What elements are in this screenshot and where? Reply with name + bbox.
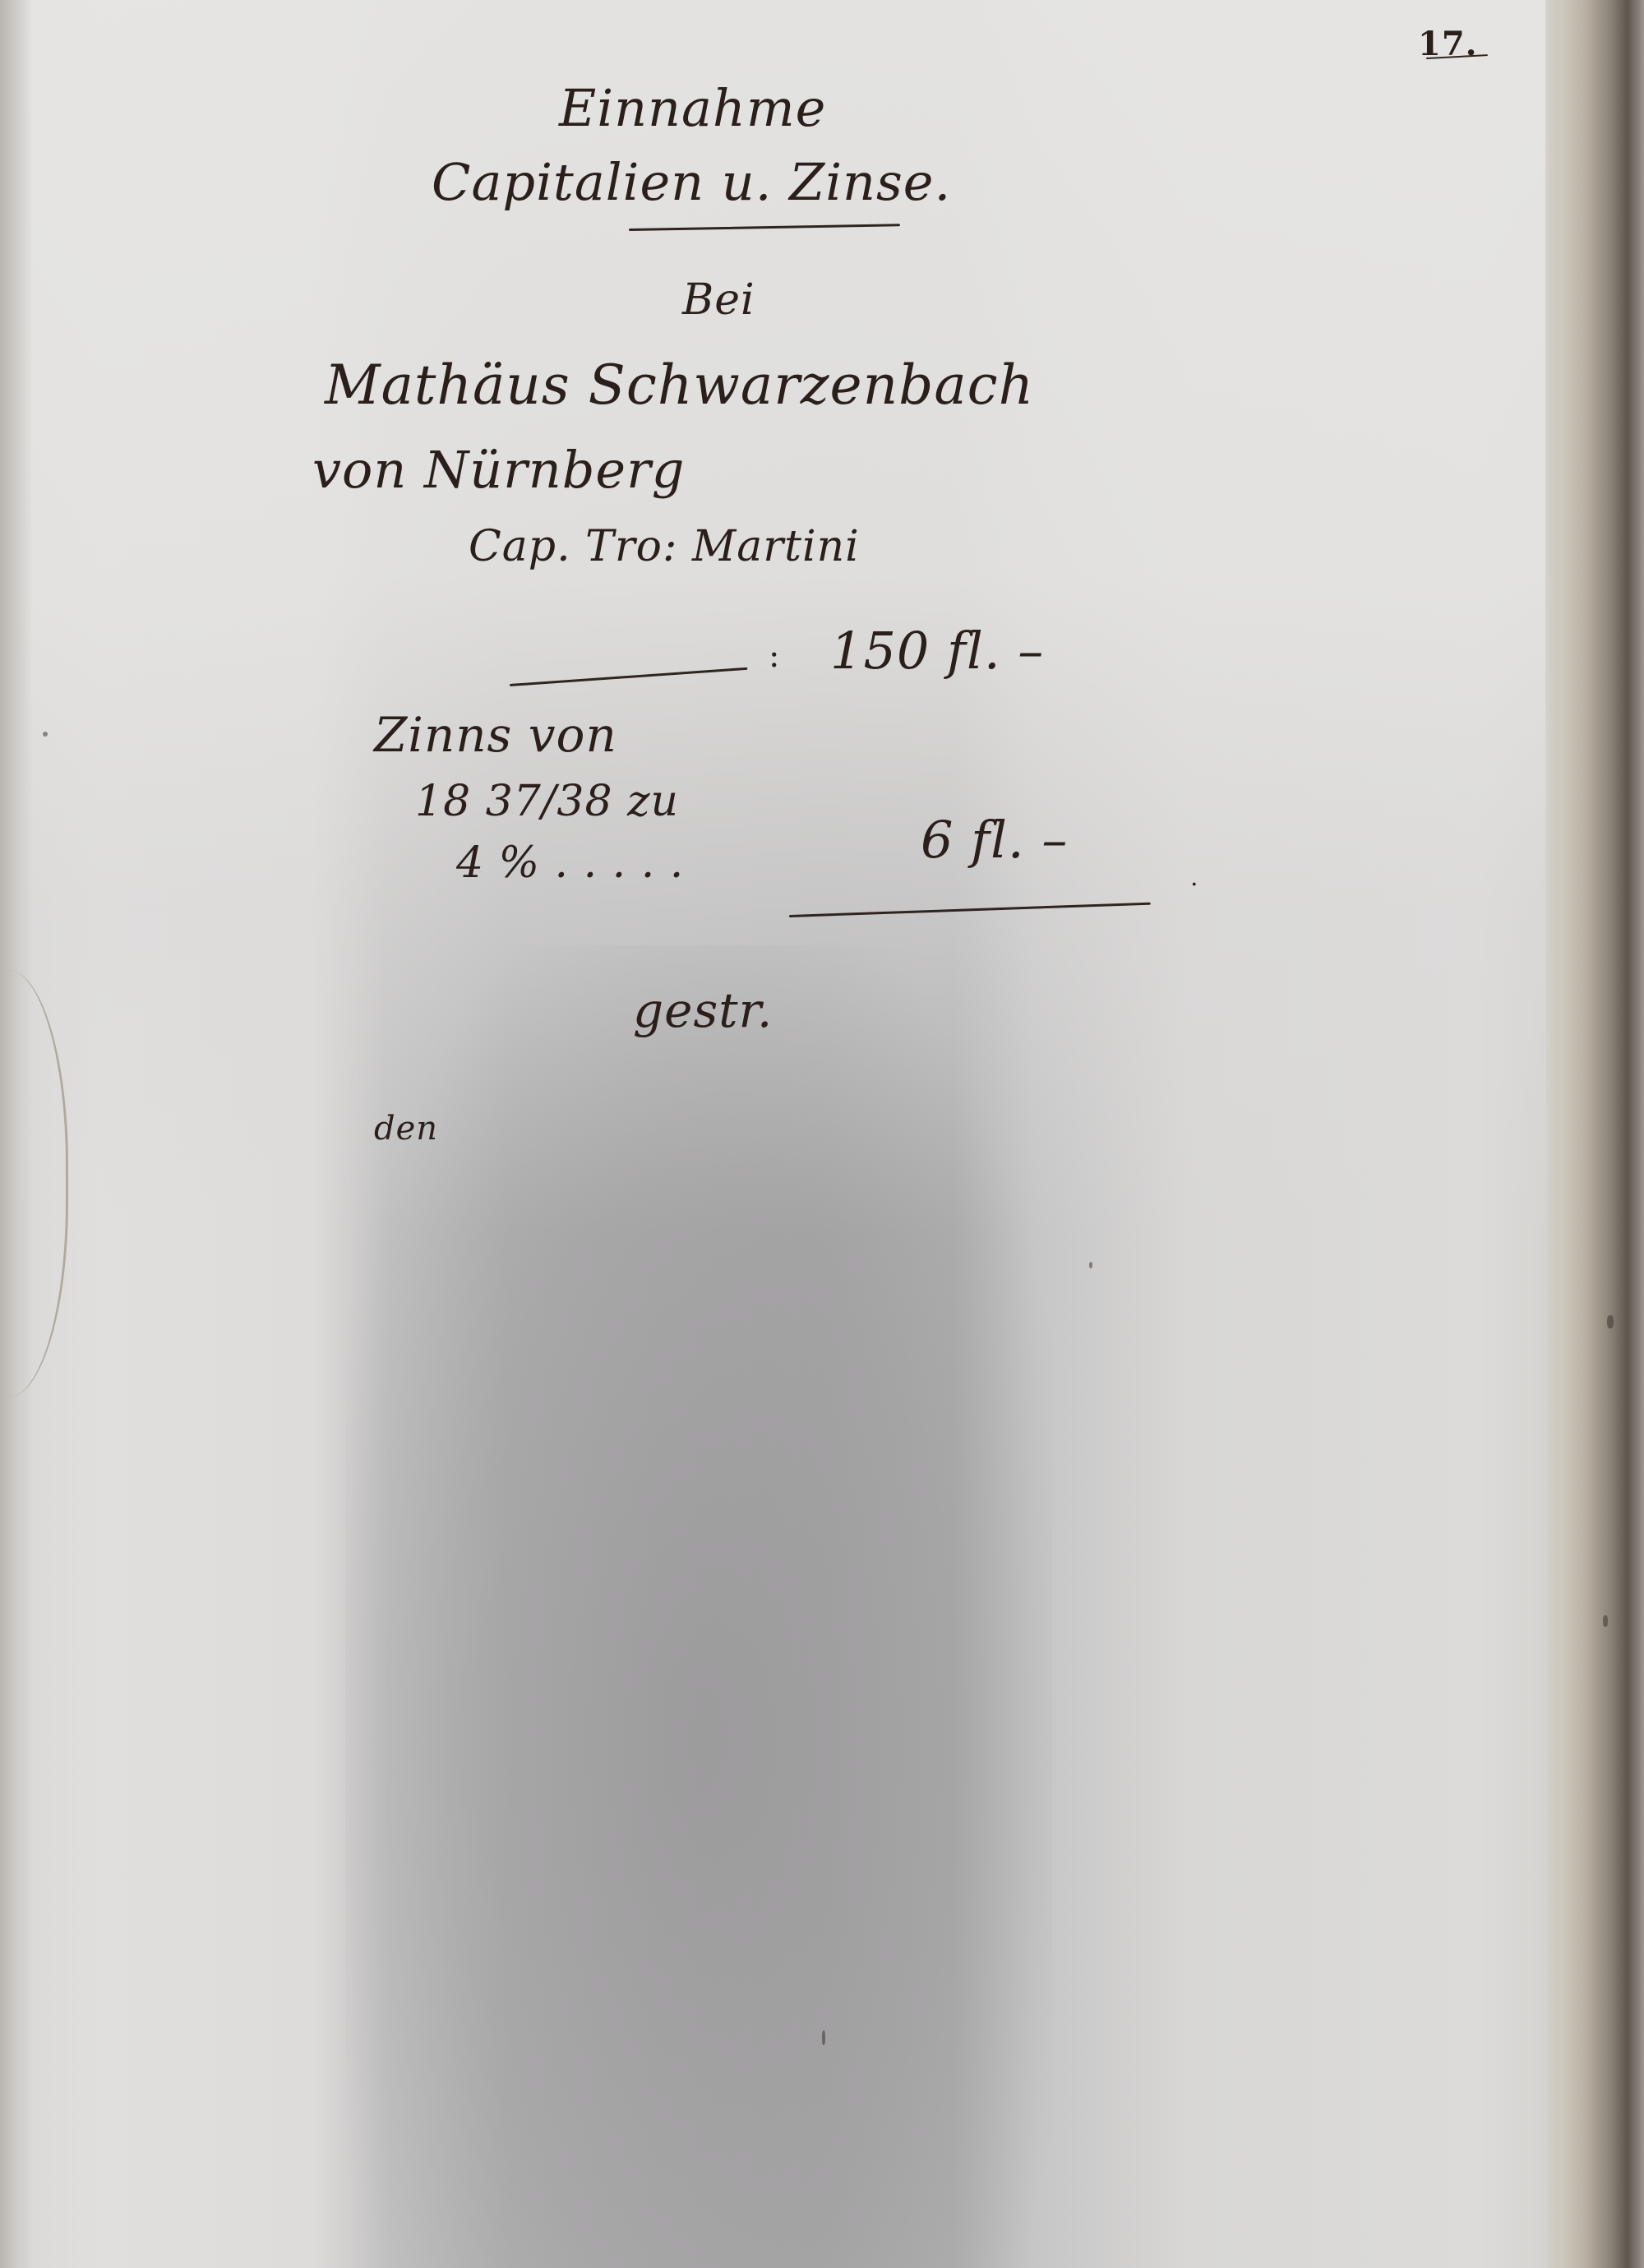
book-binding	[1545, 0, 1644, 2268]
ledger-page: 17. Einnahme Capitalien u. Zinse. Bei Ma…	[0, 0, 1644, 2268]
paper-speck	[1607, 1315, 1614, 1328]
interest-period: 18 37/38 zu	[415, 777, 679, 826]
capital-leader-colon: :	[769, 637, 780, 675]
entry-preposition: Bei	[682, 275, 755, 325]
paper-speck	[822, 2030, 825, 2045]
interest-label: Zinns von	[374, 707, 617, 763]
capital-leader-line	[510, 667, 748, 686]
sum-underline	[789, 903, 1151, 917]
capital-amount: 150 fl. –	[830, 621, 1044, 681]
heading-line-1: Einnahme	[559, 78, 826, 138]
capital-term: Cap. Tro: Martini	[469, 522, 860, 571]
page-left-edge	[0, 0, 33, 2268]
interest-rate: 4 % . . . . .	[456, 838, 684, 888]
trailing-dot: .	[1190, 863, 1199, 892]
heading-underline	[629, 224, 900, 231]
heading-line-2: Capitalien u. Zinse.	[432, 152, 951, 212]
paper-speck	[43, 732, 48, 737]
status-note: gestr.	[633, 982, 773, 1038]
paper-speck	[1603, 1615, 1608, 1627]
hand-shadow	[345, 945, 1052, 2268]
paper-speck	[1089, 1262, 1092, 1268]
debtor-name: Mathäus Schwarzenbach	[325, 353, 1034, 417]
debtor-origin: von Nürnberg	[312, 440, 685, 500]
interest-amount: 6 fl. –	[921, 810, 1068, 870]
margin-note: den	[374, 1110, 438, 1148]
